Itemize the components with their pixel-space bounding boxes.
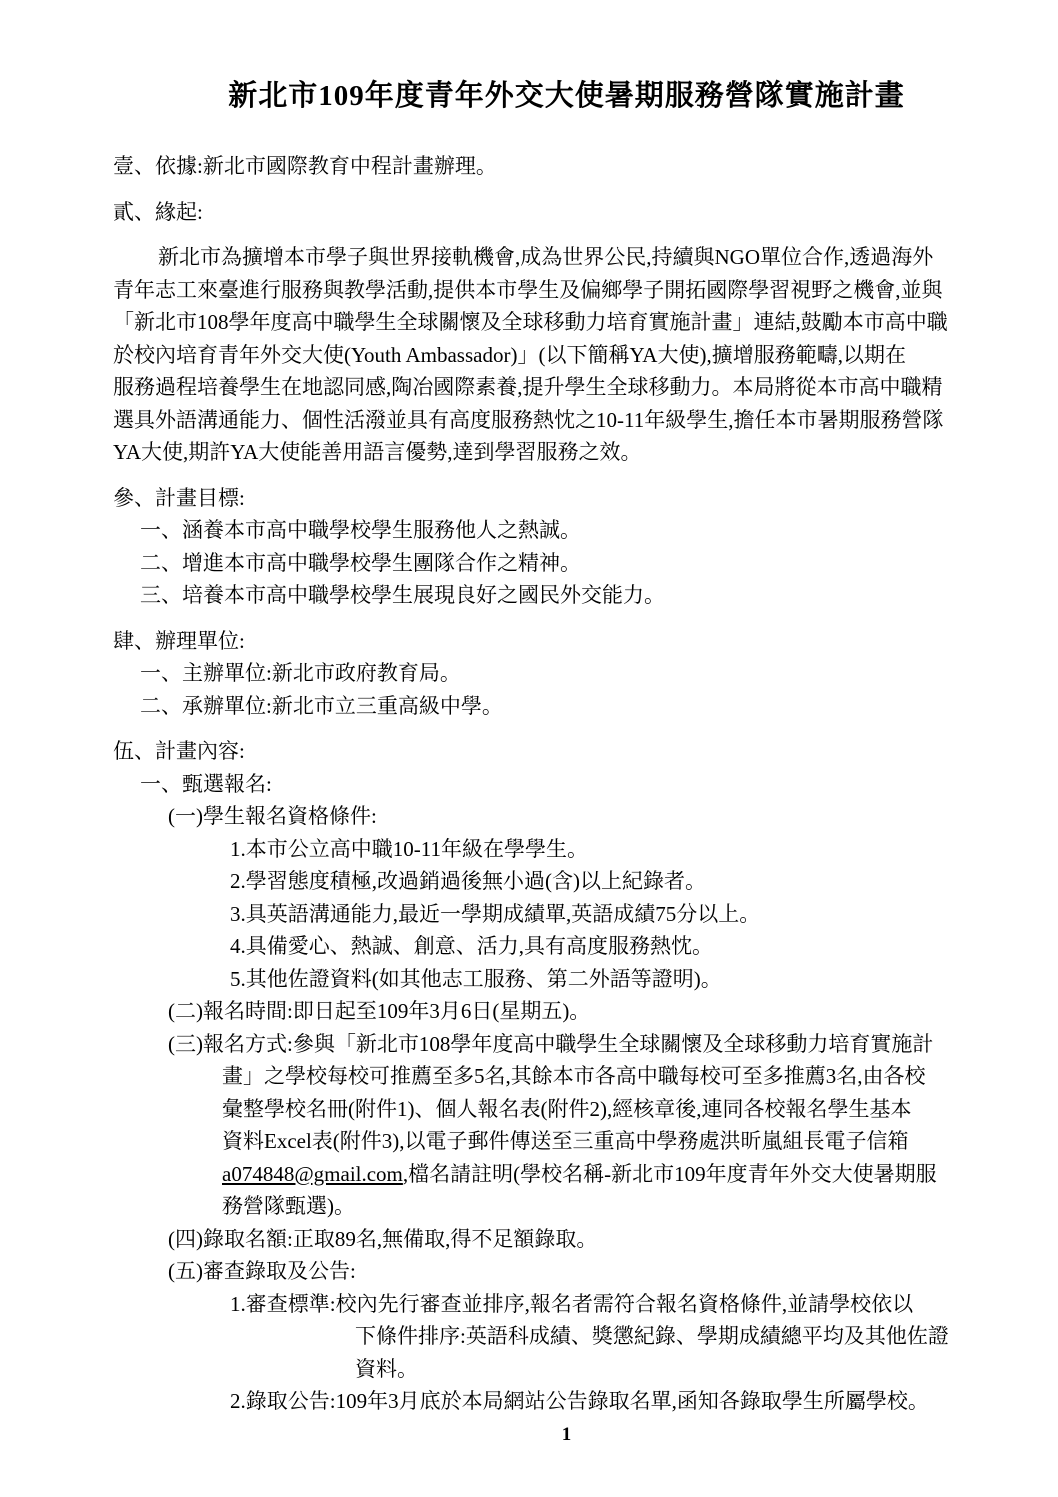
document-page: 新北市109年度青年外交大使暑期服務營隊實施計畫 壹、依據:新北市國際教育中程計… bbox=[0, 0, 1058, 1497]
list-item: 3.具英語溝通能力,最近一學期成績單,英語成績75分以上。 bbox=[113, 898, 1020, 931]
section-heading-4: 肆、辦理單位: bbox=[113, 625, 1020, 658]
list-item: 三、培養本市高中職學校學生展現良好之國民外交能力。 bbox=[113, 579, 1020, 612]
list-item-continuation: 資料Excel表(附件3),以電子郵件傳送至三重高中學務處洪昕嵐組長電子信箱 bbox=[113, 1125, 1020, 1158]
list-item: 一、甄選報名: bbox=[113, 768, 1020, 801]
list-item: 4.具備愛心、熱誠、創意、活力,具有高度服務熱忱。 bbox=[113, 930, 1020, 963]
paragraph-line: 青年志工來臺進行服務與教學活動,提供本市學生及偏鄉學子開拓國際學習視野之機會,並… bbox=[113, 274, 1020, 307]
paragraph-line: 於校內培育青年外交大使(Youth Ambassador)」(以下簡稱YA大使)… bbox=[113, 339, 1020, 372]
paragraph-line: YA大使,期許YA大使能善用語言優勢,達到學習服務之效。 bbox=[113, 436, 1020, 469]
list-item: (一)學生報名資格條件: bbox=[113, 800, 1020, 833]
list-item: 一、涵養本市高中職學校學生服務他人之熱誠。 bbox=[113, 514, 1020, 547]
list-item: 5.其他佐證資料(如其他志工服務、第二外語等證明)。 bbox=[113, 963, 1020, 996]
list-item: 2.學習態度積極,改過銷過後無小過(含)以上紀錄者。 bbox=[113, 865, 1020, 898]
list-item: 二、增進本市高中職學校學生團隊合作之精神。 bbox=[113, 547, 1020, 580]
list-item: (四)錄取名額:正取89名,無備取,得不足額錄取。 bbox=[113, 1223, 1020, 1256]
list-item-continuation: 彙整學校名冊(附件1)、個人報名表(附件2),經核章後,連同各校報名學生基本 bbox=[113, 1093, 1020, 1126]
email-line-rest: ,檔名請註明(學校名稱-新北市109年度青年外交大使暑期服 bbox=[403, 1162, 937, 1186]
list-item-continuation: 資料。 bbox=[113, 1353, 1020, 1386]
list-item: 二、承辦單位:新北市立三重高級中學。 bbox=[113, 690, 1020, 723]
list-item: (五)審查錄取及公告: bbox=[113, 1255, 1020, 1288]
list-item: 2.錄取公告:109年3月底於本局網站公告錄取名單,函知各錄取學生所屬學校。 bbox=[113, 1385, 1020, 1418]
email-link[interactable]: a074848@gmail.com bbox=[222, 1162, 403, 1186]
section-heading-3: 參、計畫目標: bbox=[113, 482, 1020, 515]
section-heading-2: 貳、緣起: bbox=[113, 196, 1020, 229]
paragraph-line: 服務過程培養學生在地認同感,陶冶國際素養,提升學生全球移動力。本局將從本市高中職… bbox=[113, 371, 1020, 404]
list-item: (二)報名時間:即日起至109年3月6日(星期五)。 bbox=[113, 995, 1020, 1028]
paragraph-line: 「新北市108學年度高中職學生全球關懷及全球移動力培育實施計畫」連結,鼓勵本市高… bbox=[113, 306, 1020, 339]
document-title: 新北市109年度青年外交大使暑期服務營隊實施計畫 bbox=[113, 78, 1020, 114]
list-item-continuation: 畫」之學校每校可推薦至多5名,其餘本市各高中職每校可至多推薦3名,由各校 bbox=[113, 1060, 1020, 1093]
list-item: 1.本市公立高中職10-11年級在學學生。 bbox=[113, 833, 1020, 866]
list-item-continuation: a074848@gmail.com,檔名請註明(學校名稱-新北市109年度青年外… bbox=[113, 1158, 1020, 1191]
list-item: 1.審查標準:校內先行審查並排序,報名者需符合報名資格條件,並請學校依以 bbox=[113, 1288, 1020, 1321]
page-number: 1 bbox=[113, 1424, 1020, 1446]
list-item: 一、主辦單位:新北市政府教育局。 bbox=[113, 657, 1020, 690]
paragraph-line: 選具外語溝通能力、個性活潑並具有高度服務熱忱之10-11年級學生,擔任本市暑期服… bbox=[113, 404, 1020, 437]
section-heading-1: 壹、依據:新北市國際教育中程計畫辦理。 bbox=[113, 150, 1020, 183]
list-item-continuation: 務營隊甄選)。 bbox=[113, 1190, 1020, 1223]
list-item: (三)報名方式:參與「新北市108學年度高中職學生全球關懷及全球移動力培育實施計 bbox=[113, 1028, 1020, 1061]
paragraph-line: 新北市為擴增本市學子與世界接軌機會,成為世界公民,持續與NGO單位合作,透過海外 bbox=[113, 241, 1020, 274]
list-item-continuation: 下條件排序:英語科成績、獎懲紀錄、學期成績總平均及其他佐證 bbox=[113, 1320, 1020, 1353]
section-heading-5: 伍、計畫內容: bbox=[113, 735, 1020, 768]
